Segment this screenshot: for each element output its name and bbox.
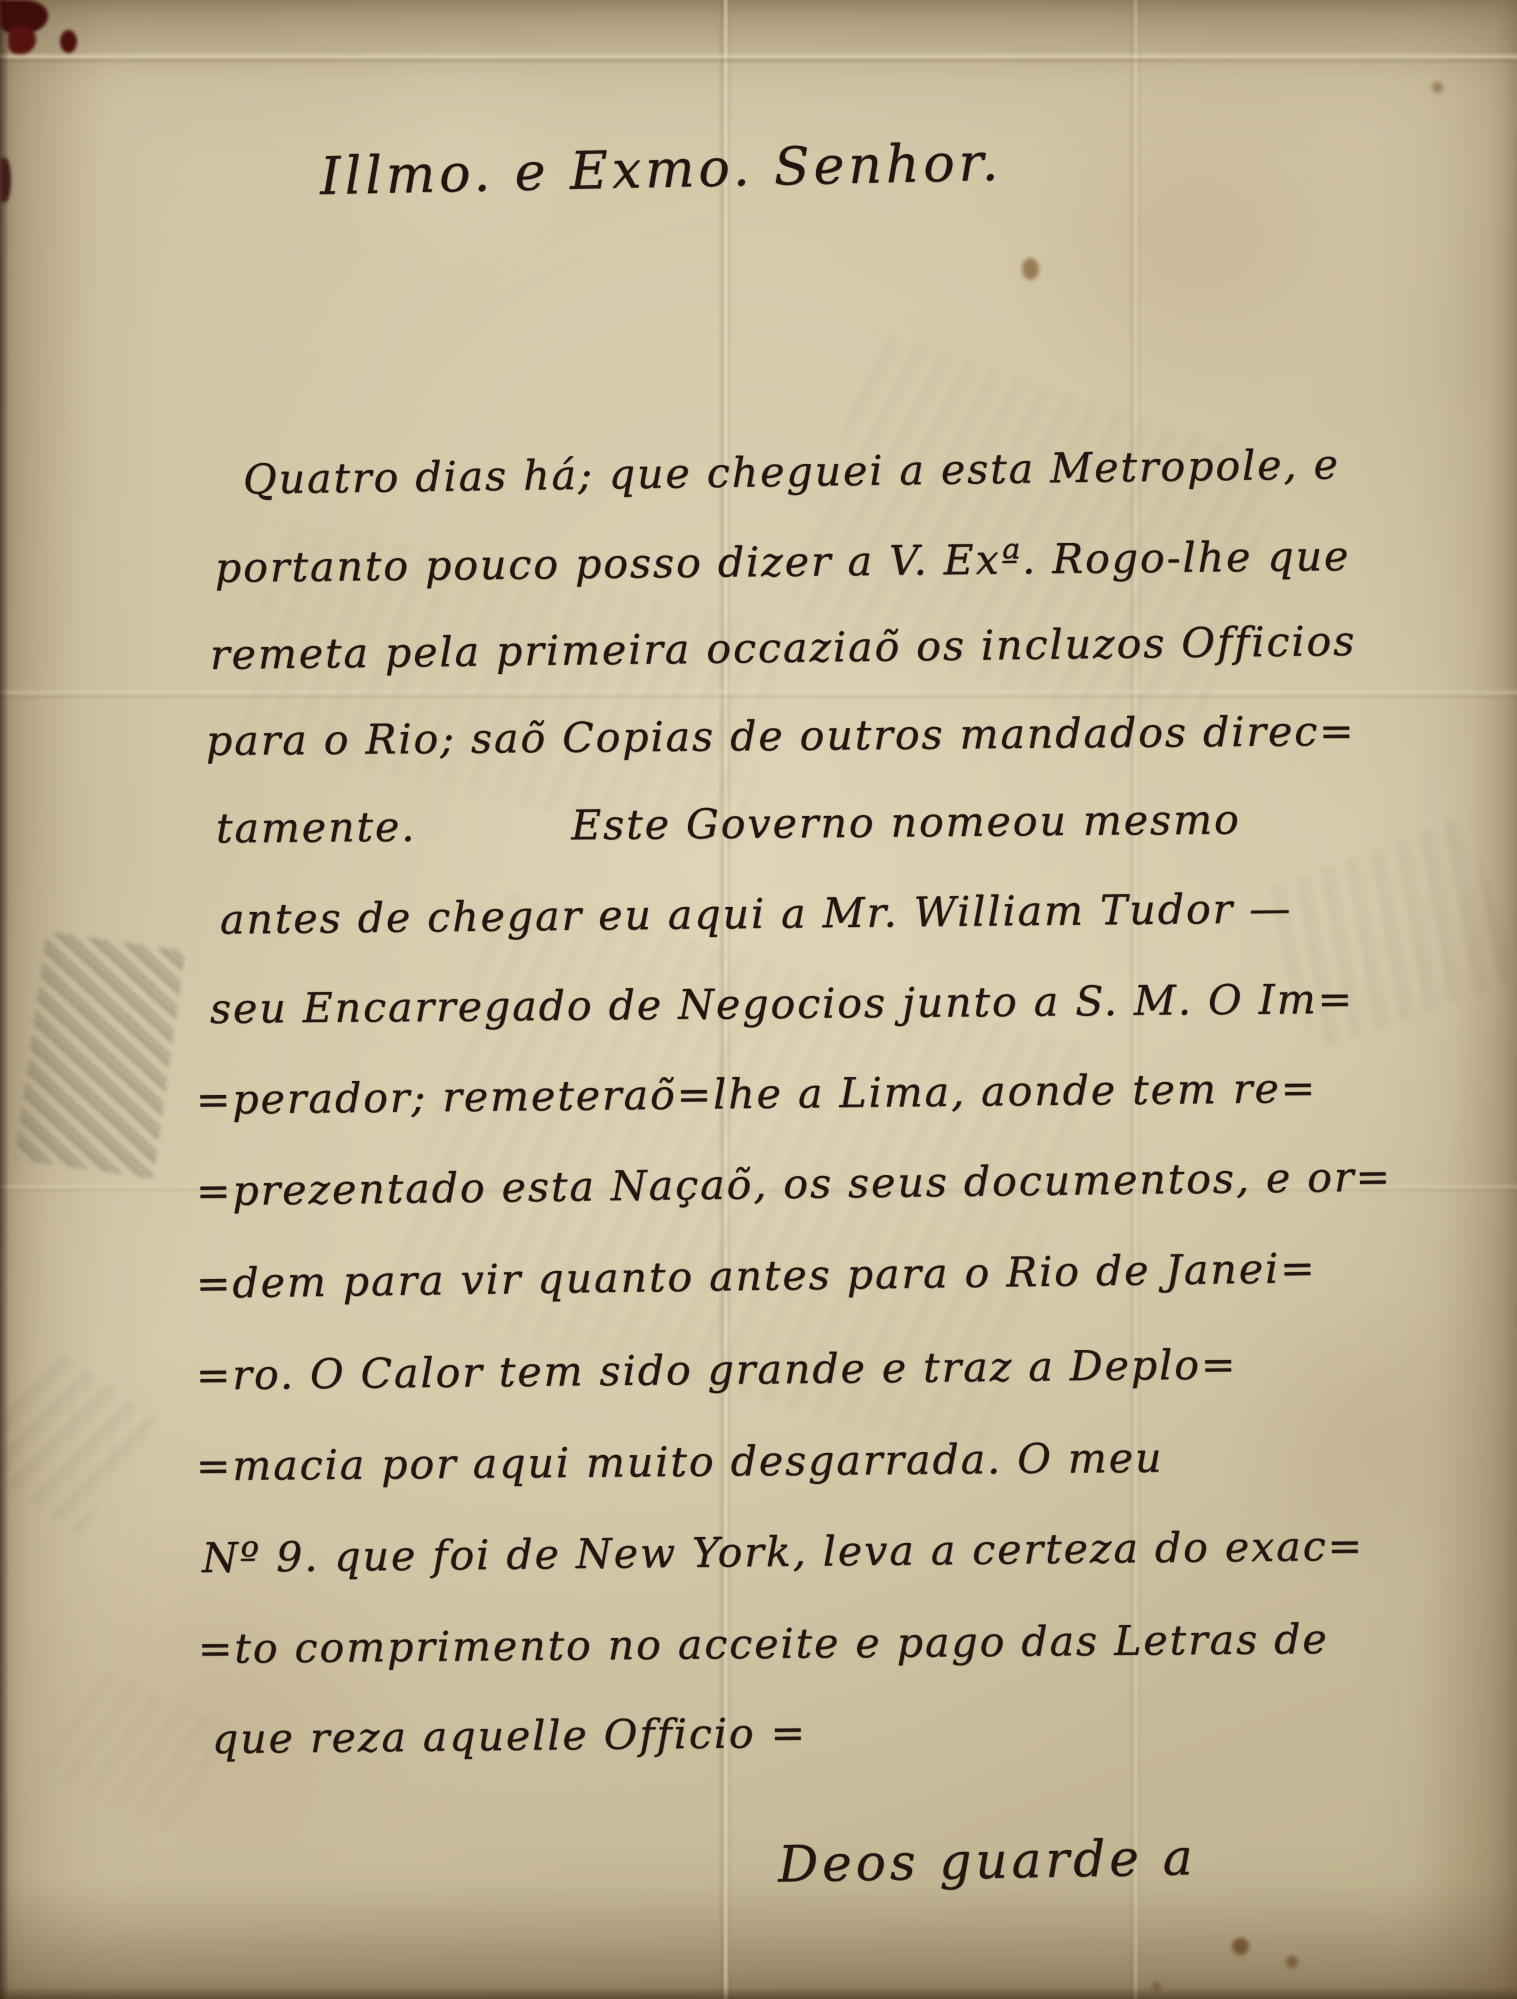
letter-line: =to comprimento no acceite e pago das Le…	[198, 1615, 1329, 1673]
letter-line-part: tamente.	[216, 803, 417, 853]
letter-line: seu Encarregado de Negocios junto a S. M…	[210, 975, 1354, 1033]
letter-line-gap	[416, 839, 571, 840]
fold-crease-horizontal	[0, 52, 1517, 64]
red-edge-mark	[60, 30, 77, 53]
scan-edge-shadow	[0, 0, 9, 1999]
letter-line: =macia por aqui muito desgarrada. O meu	[196, 1434, 1164, 1490]
stain-spot	[1432, 82, 1443, 93]
letter-line: que reza aquelle Officio =	[212, 1709, 807, 1763]
red-edge-mark	[0, 158, 11, 202]
scan-edge-shadow	[0, 1987, 1517, 1999]
closing-line: Deos guarde a	[778, 1828, 1198, 1893]
stain-spot	[1232, 1938, 1249, 1955]
letter-line-part: Este Governo nomeou mesmo	[571, 796, 1241, 850]
manuscript-scan: Illmo. e Exmo. Senhor. Quatro dias há; q…	[0, 0, 1517, 1999]
stain-spot	[1022, 258, 1039, 280]
letter-line: tamente.Este Governo nomeou mesmo	[216, 796, 1241, 853]
stain-spot	[1286, 1956, 1298, 1968]
stain-spot	[1152, 1982, 1161, 1991]
letter-line: para o Rio; saõ Copias de outros mandado…	[206, 707, 1356, 765]
